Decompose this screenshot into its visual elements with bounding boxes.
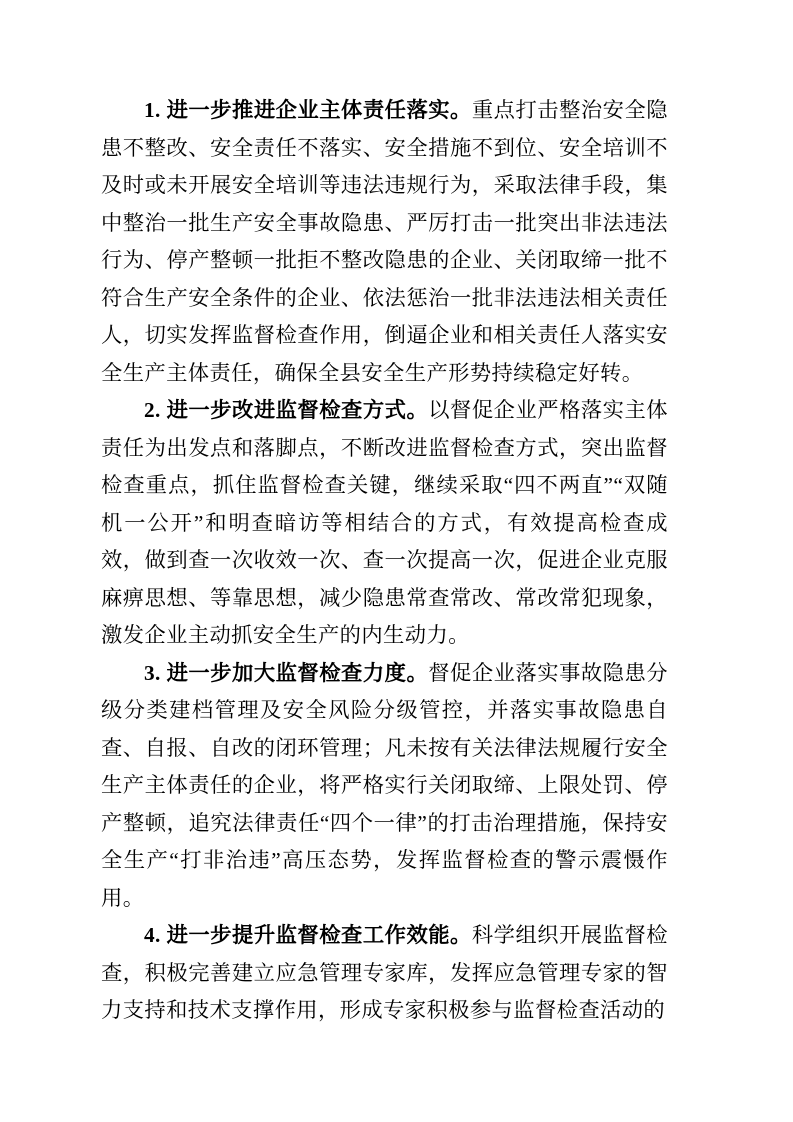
paragraph-1-text: 重点打击整治安全隐患不整改、安全责任不落实、安全措施不到位、安全培训不及时或未开… — [101, 98, 668, 385]
paragraph-2-heading: 2. 进一步改进监督检查方式。 — [144, 398, 428, 422]
paragraph-3-text: 督促企业落实事故隐患分级分类建档管理及安全风险分级管控，并落实事故隐患自查、自报… — [101, 661, 668, 910]
paragraph-4: 4. 进一步提升监督检查工作效能。科学组织开展监督检查，积极完善建立应急管理专家… — [101, 917, 668, 1030]
paragraph-1: 1. 进一步推进企业主体责任落实。重点打击整治安全隐患不整改、安全责任不落实、安… — [101, 92, 668, 392]
paragraph-3-heading: 3. 进一步加大监督检查力度。 — [144, 661, 428, 685]
paragraph-1-heading: 1. 进一步推进企业主体责任落实。 — [144, 98, 472, 122]
document-body: 1. 进一步推进企业主体责任落实。重点打击整治安全隐患不整改、安全责任不落实、安… — [101, 92, 668, 1030]
paragraph-4-heading: 4. 进一步提升监督检查工作效能。 — [144, 923, 472, 947]
document-page: 1. 进一步推进企业主体责任落实。重点打击整治安全隐患不整改、安全责任不落实、安… — [0, 0, 793, 1122]
paragraph-2: 2. 进一步改进监督检查方式。以督促企业严格落实主体责任为出发点和落脚点，不断改… — [101, 392, 668, 655]
paragraph-3: 3. 进一步加大监督检查力度。督促企业落实事故隐患分级分类建档管理及安全风险分级… — [101, 655, 668, 918]
paragraph-2-text: 以督促企业严格落实主体责任为出发点和落脚点，不断改进监督检查方式，突出监督检查重… — [101, 398, 668, 647]
